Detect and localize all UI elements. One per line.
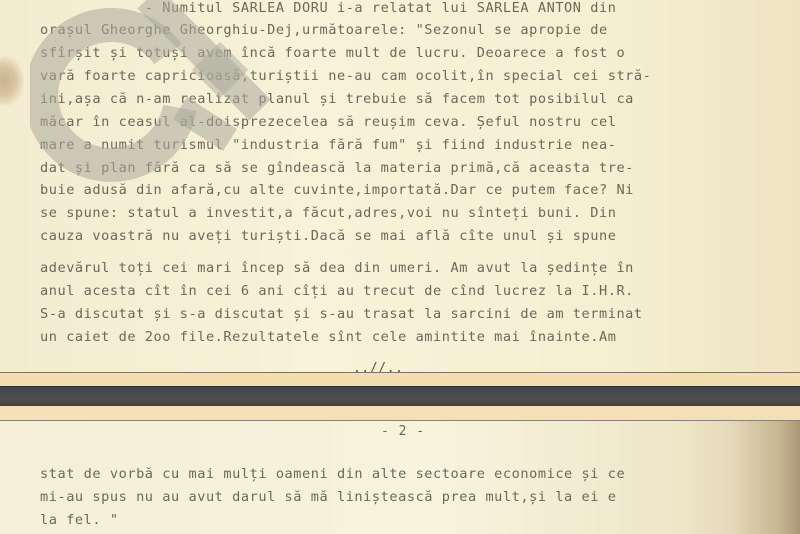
page-edge-shadow [730,421,800,534]
document-page-1: - Numitul SARLEA DORU i-a relatat lui SA… [0,0,800,372]
text-line: sfîrșit și totuși avem încă foarte mult … [40,47,625,61]
text-line: - Numitul SARLEA DORU i-a relatat lui SA… [40,2,616,16]
page-separator-top [0,372,800,387]
text-line: ini,așa că n-am realizat planul și trebu… [40,93,634,107]
paper-stain [0,56,24,106]
text-line: se spune: statul a investit,a făcut,adre… [40,207,616,221]
text-line: măcar în ceasul al-doisprezecelea să reu… [40,116,616,130]
text-line: dat și plan fără ca să se gîndească la m… [40,162,634,176]
page-number: - 2 - [381,424,425,439]
text-line: orașul Gheorghe Gheorghiu-Dej,următoarel… [40,24,608,38]
text-line: cauza voastră nu aveți turiști.Dacă se m… [40,230,616,244]
text-line: la fel. " [40,514,119,528]
text-line: S-a discutat și s-a discutat și s-au tra… [40,308,643,322]
text-line: adevărul toți cei mari încep să dea din … [40,262,634,276]
text-line: vară foarte capricioasă,turiștii ne-au c… [40,70,651,84]
text-line: mare a numit turismul "industria fără fu… [40,139,616,153]
text-line: un caiet de 2oo file.Rezultatele sînt ce… [40,331,616,345]
text-line: anul acesta cît în cei 6 ani cîți au tre… [40,285,634,299]
page-separator [0,386,800,407]
text-line: buie adusă din afară,cu alte cuvinte,imp… [40,184,634,198]
continuation-mark: ..//.. [353,361,404,372]
text-line: mi-au spus nu au avut darul să mă linișt… [40,491,616,505]
page-separator-bottom [0,406,800,421]
text-line: stat de vorbă cu mai mulți oameni din al… [40,468,625,482]
